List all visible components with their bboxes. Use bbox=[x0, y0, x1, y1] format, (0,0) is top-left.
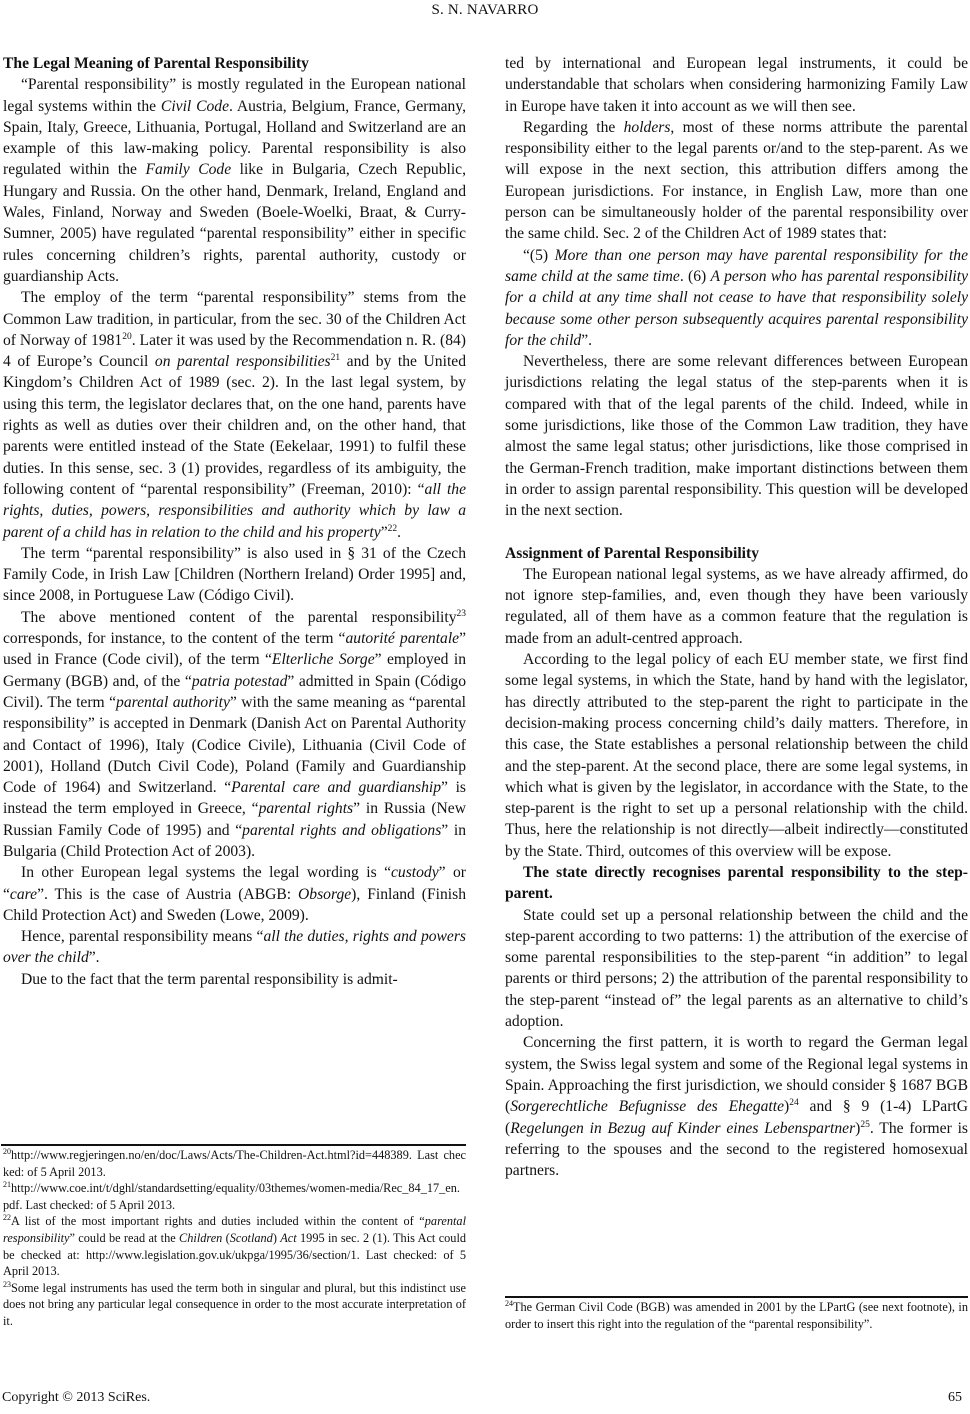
footnote-21: 21http://www.coe.int/t/dghl/standardsett… bbox=[3, 1180, 466, 1213]
section-title-assignment: Assignment of Parental Responsibility bbox=[505, 543, 968, 564]
paragraph: Hence, parental responsibility means “al… bbox=[3, 926, 466, 969]
footnotes-right: 24The German Civil Code (BGB) was amende… bbox=[505, 1299, 968, 1332]
footnote-ref-25[interactable]: 25 bbox=[860, 1120, 870, 1130]
footnote-ref-23[interactable]: 23 bbox=[457, 609, 467, 619]
footnote-23: 23Some legal instruments has used the te… bbox=[3, 1280, 466, 1330]
page-number: 65 bbox=[948, 1388, 962, 1408]
footnote-link[interactable]: http://www.coe.int/t/dghl/standardsettin… bbox=[3, 1181, 460, 1212]
running-head: S. N. NAVARRO bbox=[0, 0, 970, 20]
paragraph: Regarding the holders, most of these nor… bbox=[505, 117, 968, 245]
paragraph: In other European legal systems the lega… bbox=[3, 862, 466, 926]
paragraph: Concerning the first pattern, it is wort… bbox=[505, 1032, 968, 1181]
paragraph: According to the legal policy of each EU… bbox=[505, 649, 968, 862]
section-title-legal-meaning: The Legal Meaning of Parental Responsibi… bbox=[3, 53, 466, 74]
paragraph: Nevertheless, there are some relevant di… bbox=[505, 351, 968, 521]
footnote-ref-20[interactable]: 20 bbox=[122, 332, 132, 342]
left-column: The Legal Meaning of Parental Responsibi… bbox=[3, 53, 466, 990]
paragraph: The above mentioned content of the paren… bbox=[3, 607, 466, 863]
page-footer: Copyright © 2013 SciRes. 65 bbox=[0, 1388, 970, 1408]
footnote-24: 24The German Civil Code (BGB) was amende… bbox=[505, 1299, 968, 1332]
block-quote: “(5) More than one person may have paren… bbox=[505, 245, 968, 351]
paragraph: “Parental responsibility” is mostly regu… bbox=[3, 74, 466, 287]
footnote-ref-22[interactable]: 22 bbox=[388, 524, 398, 534]
copyright: Copyright © 2013 SciRes. bbox=[2, 1388, 150, 1408]
paragraph: The term “parental responsibility” is al… bbox=[3, 543, 466, 607]
right-column: ted by international and European legal … bbox=[505, 53, 968, 1181]
footnote-link[interactable]: http://www.regjeringen.no/en/doc/Laws/Ac… bbox=[3, 1148, 466, 1179]
footnote-divider bbox=[505, 1296, 968, 1298]
subsection-title-state-directly: The state directly recognises parental r… bbox=[505, 862, 968, 905]
footnote-ref-24[interactable]: 24 bbox=[789, 1098, 799, 1108]
paragraph: The European national legal systems, as … bbox=[505, 564, 968, 649]
footnote-20: 20http://www.regjeringen.no/en/doc/Laws/… bbox=[3, 1147, 466, 1180]
footnote-divider bbox=[1, 1144, 466, 1146]
paragraph: Due to the fact that the term parental r… bbox=[3, 969, 466, 990]
footnotes-left: 20http://www.regjeringen.no/en/doc/Laws/… bbox=[3, 1147, 466, 1330]
paragraph: State could set up a personal relationsh… bbox=[505, 905, 968, 1033]
paragraph: ted by international and European legal … bbox=[505, 53, 968, 117]
footnote-ref-21[interactable]: 21 bbox=[331, 353, 341, 363]
paragraph: The employ of the term “parental respons… bbox=[3, 287, 466, 543]
footnote-22: 22A list of the most important rights an… bbox=[3, 1213, 466, 1279]
